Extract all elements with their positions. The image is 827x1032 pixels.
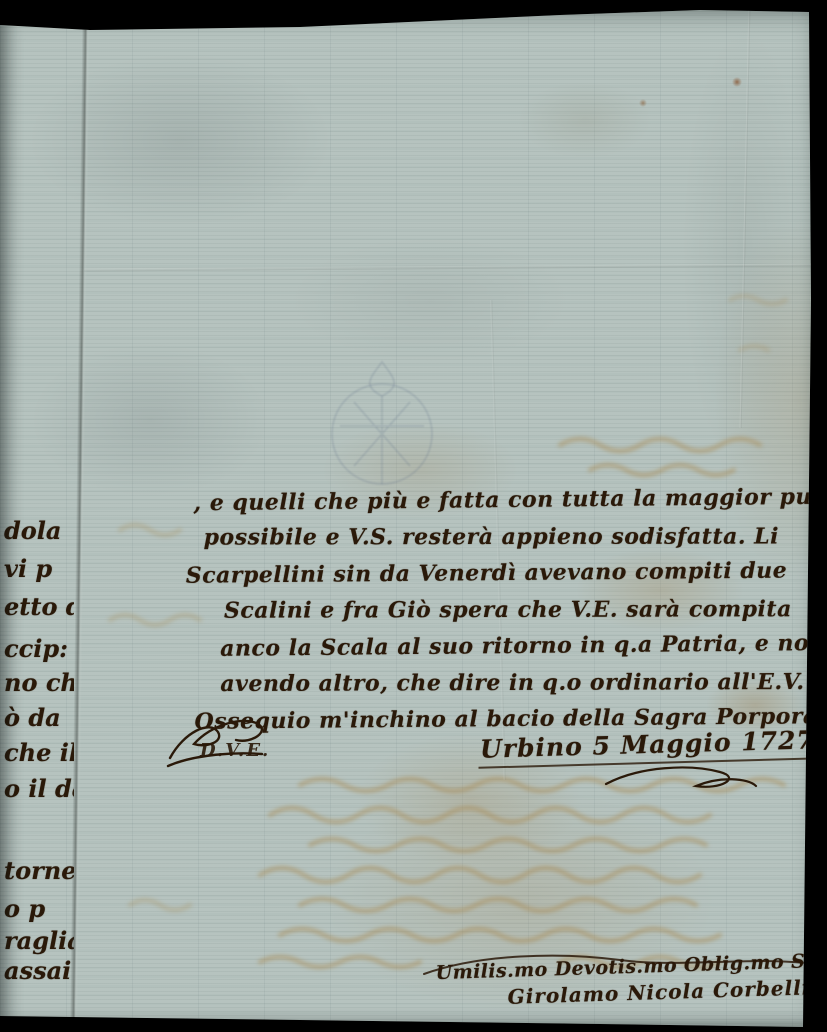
letter-line: Scalini e fra Giò spera che V.E. sarà co… <box>224 591 826 629</box>
facing-page-fragment: assai <box>4 956 71 985</box>
letter-line: anco la Scala al suo ritorno in q.a Patr… <box>220 625 826 667</box>
monogram-label: D.V.E. <box>200 740 270 761</box>
facing-page-fragment: no che <box>4 668 74 697</box>
facing-page-fragment: vi p <box>4 554 52 583</box>
letter-line: Scarpellini sin da Venerdì avevano compi… <box>186 552 826 594</box>
letter-line: avendo altro, che dire in q.o ordinario … <box>220 663 826 702</box>
letter-line: possibile e V.S. resterà appieno sodisfa… <box>204 518 826 556</box>
facing-page-fragment: dola <box>4 516 61 545</box>
scanned-letter-page: dola vi p etto d ccip: no che ò da che i… <box>0 0 827 1032</box>
closing-monogram: D.V.E. <box>166 714 286 778</box>
letter-line: , e quelli che più e fatta con tutta la … <box>193 479 825 522</box>
vertical-wrinkle-right <box>740 8 751 428</box>
facing-page-fragment: che il <box>4 738 74 767</box>
facing-page-fragment: raglia <box>4 926 74 955</box>
dateline-swash <box>600 762 760 798</box>
facing-page-fragment: torneto <box>4 856 74 885</box>
facing-page-fragment: o il dare <box>4 774 74 803</box>
letter-body: , e quelli che più e fatta con tutta la … <box>185 480 826 739</box>
facing-page-fragment: ò da <box>4 703 61 732</box>
signature-block: Umilis.mo Devotis.mo Oblig.mo Servitore … <box>435 950 824 1011</box>
facing-page-edge: dola vi p etto d ccip: no che ò da che i… <box>0 0 74 1016</box>
facing-page-fragment: ccip: <box>4 634 68 663</box>
paper-sheet: dola vi p etto d ccip: no che ò da che i… <box>0 0 827 1032</box>
facing-page-fragment: o p <box>4 894 45 923</box>
horizontal-fold-crease <box>84 263 824 271</box>
facing-page-fragment: etto d <box>4 592 74 621</box>
